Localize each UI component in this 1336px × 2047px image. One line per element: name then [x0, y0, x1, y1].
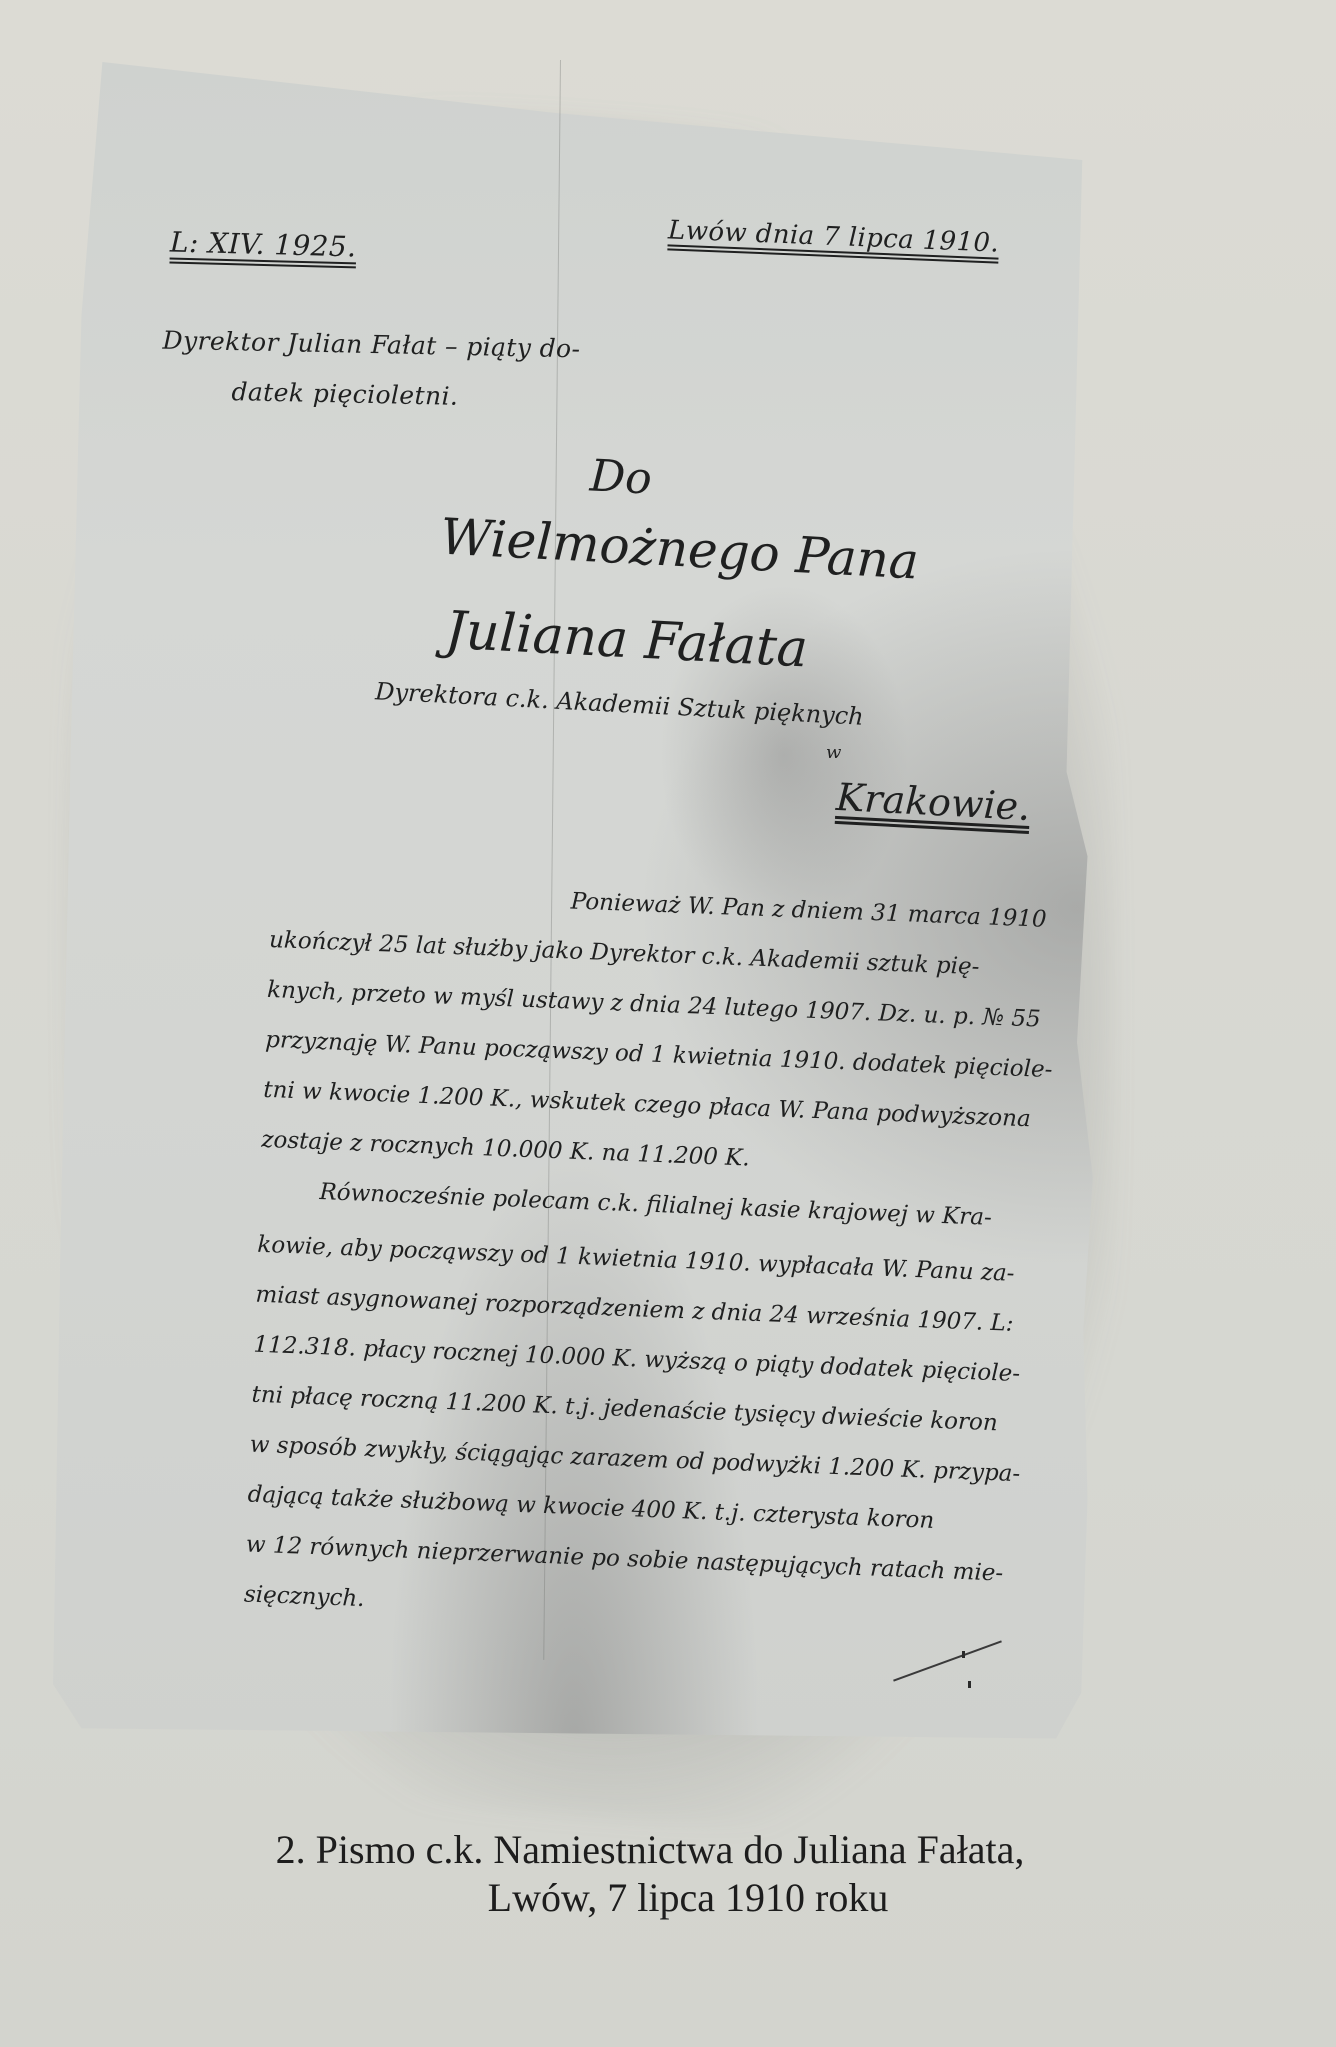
letter-subject: Dyrektor Julian Fałat – piąty do- datek …: [161, 316, 581, 425]
letter-subject-line-2: datek pięcioletni.: [161, 366, 580, 425]
caption-line-1: 2. Pismo c.k. Namiestnictwa do Juliana F…: [0, 1826, 1336, 1874]
book-page-photo: L: XIV. 1925. Lwów dnia 7 lipca 1910. Dy…: [0, 0, 1336, 2047]
address-in: w: [826, 742, 841, 763]
figure-caption: 2. Pismo c.k. Namiestnictwa do Juliana F…: [0, 1826, 1336, 1922]
letter-subject-line-1: Dyrektor Julian Fałat – piąty do-: [162, 326, 580, 364]
letter-reference-number: L: XIV. 1925.: [170, 226, 357, 264]
signature-mark: [962, 1651, 965, 1658]
caption-line-2: Lwów, 7 lipca 1910 roku: [0, 1874, 1336, 1922]
letter-body: Ponieważ W. Pan z dniem 31 marca 1910 uk…: [243, 865, 1091, 1651]
signature-mark: [968, 1681, 971, 1688]
address-do: Do: [589, 450, 653, 504]
